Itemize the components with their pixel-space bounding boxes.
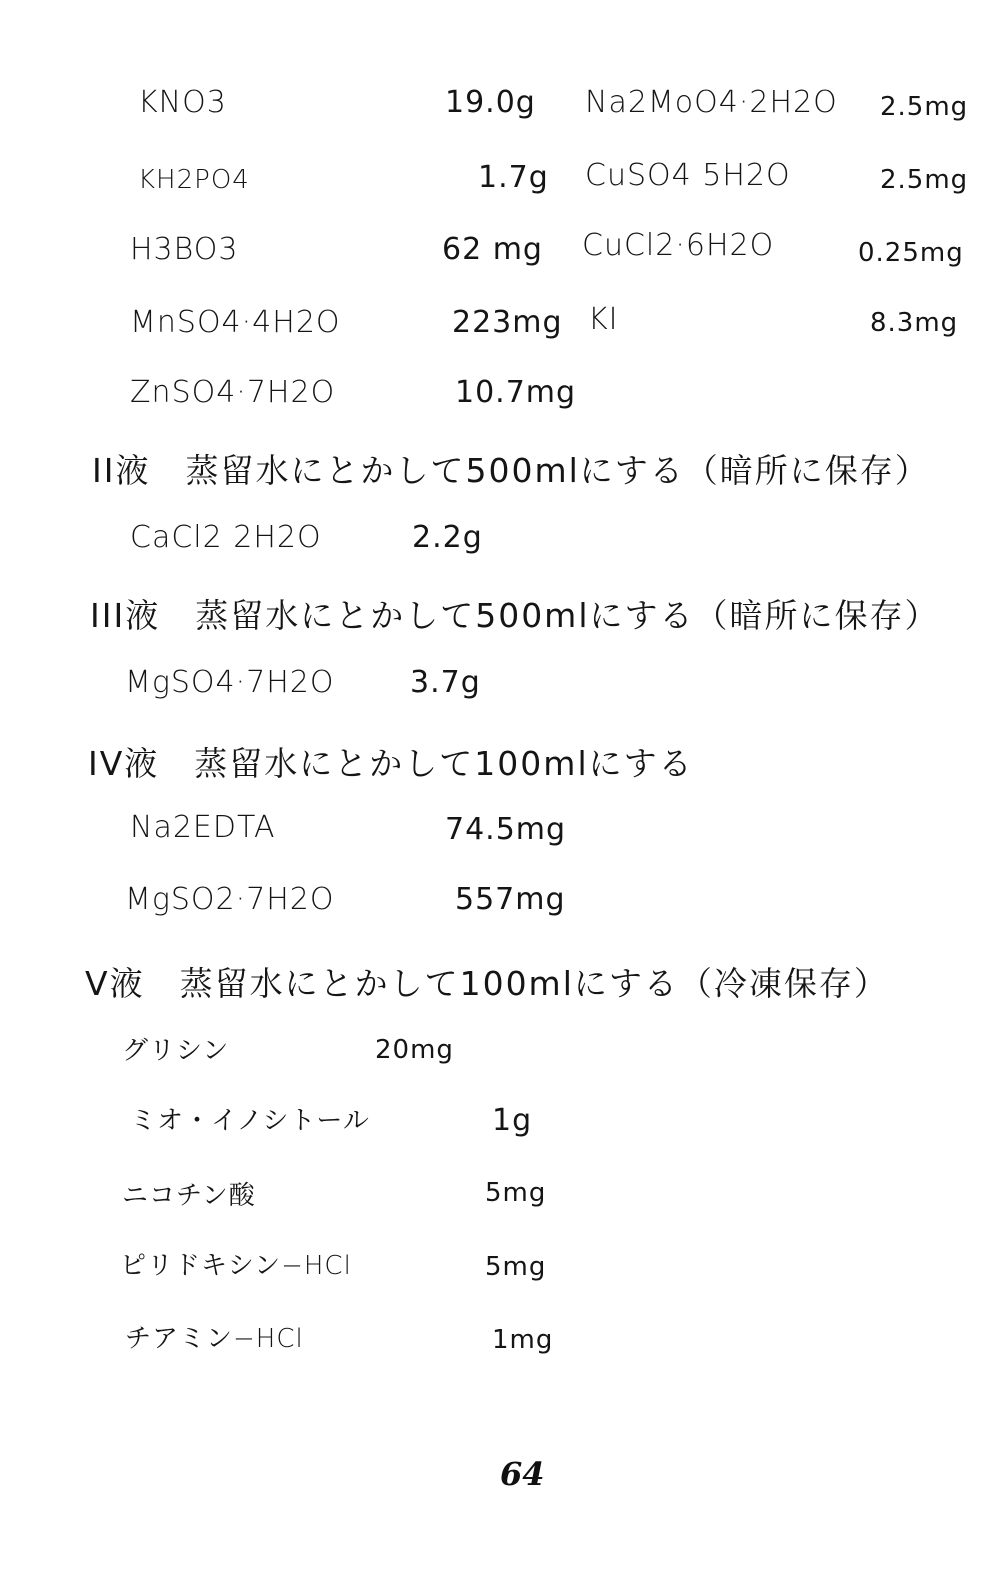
handwritten-page: KNO3 19.0g KH2PO4 1.7g H3BO3 62 mg MnSO4… bbox=[0, 0, 1000, 1575]
chemical-name: ニコチン酸 bbox=[122, 1175, 256, 1212]
page-number: 64 bbox=[500, 1455, 545, 1493]
chemical-amount: 2.5mg bbox=[880, 92, 968, 122]
chemical-name: ミオ・イノシトール bbox=[130, 1100, 370, 1137]
chemical-amount: 5mg bbox=[485, 1178, 546, 1208]
chemical-name: KH2PO4 bbox=[138, 165, 250, 195]
chemical-name: チアミン−HCl bbox=[125, 1318, 304, 1355]
chemical-amount: 62 mg bbox=[442, 232, 543, 267]
chemical-amount: 2.2g bbox=[412, 520, 483, 555]
chemical-name: H3BO3 bbox=[130, 232, 238, 267]
chemical-name: MnSO4·4H2O bbox=[130, 305, 341, 340]
chemical-amount: 74.5mg bbox=[445, 812, 566, 847]
chemical-amount: 557mg bbox=[455, 882, 566, 917]
chemical-amount: 8.3mg bbox=[870, 308, 958, 338]
chemical-name: CuCl2·6H2O bbox=[582, 228, 774, 263]
chemical-name: MgSO2·7H2O bbox=[125, 882, 335, 917]
chemical-amount: 0.25mg bbox=[858, 238, 964, 268]
chemical-amount: 1g bbox=[492, 1103, 532, 1138]
chemical-amount: 223mg bbox=[452, 305, 563, 340]
chemical-name: KNO3 bbox=[138, 85, 227, 120]
chemical-amount: 5mg bbox=[485, 1252, 546, 1282]
chemical-name: ZnSO4·7H2O bbox=[130, 375, 335, 410]
section-heading-III: III液 蒸留水にとかして500mlにする（暗所に保存） bbox=[90, 590, 940, 637]
section-heading-V: V液 蒸留水にとかして100mlにする（冷凍保存） bbox=[85, 958, 889, 1005]
chemical-amount: 1mg bbox=[492, 1325, 553, 1355]
chemical-name: CaCl2 2H2O bbox=[130, 520, 322, 555]
chemical-name: CuSO4 5H2O bbox=[585, 158, 791, 193]
chemical-name: グリシン bbox=[122, 1030, 229, 1067]
chemical-amount: 3.7g bbox=[410, 665, 481, 700]
chemical-name: KI bbox=[588, 302, 619, 337]
chemical-name: MgSO4·7H2O bbox=[125, 665, 335, 700]
chemical-name: Na2MoO4·2H2O bbox=[585, 85, 838, 120]
section-heading-II: II液 蒸留水にとかして500mlにする（暗所に保存） bbox=[92, 445, 930, 492]
chemical-amount: 10.7mg bbox=[455, 375, 576, 410]
chemical-amount: 19.0g bbox=[445, 85, 536, 120]
chemical-name: Na2EDTA bbox=[130, 810, 276, 845]
chemical-amount: 1.7g bbox=[478, 160, 549, 195]
chemical-amount: 2.5mg bbox=[880, 165, 968, 195]
chemical-name: ピリドキシン−HCl bbox=[120, 1245, 352, 1282]
section-heading-IV: IV液 蒸留水にとかして100mlにする bbox=[88, 738, 694, 785]
chemical-amount: 20mg bbox=[375, 1035, 454, 1065]
